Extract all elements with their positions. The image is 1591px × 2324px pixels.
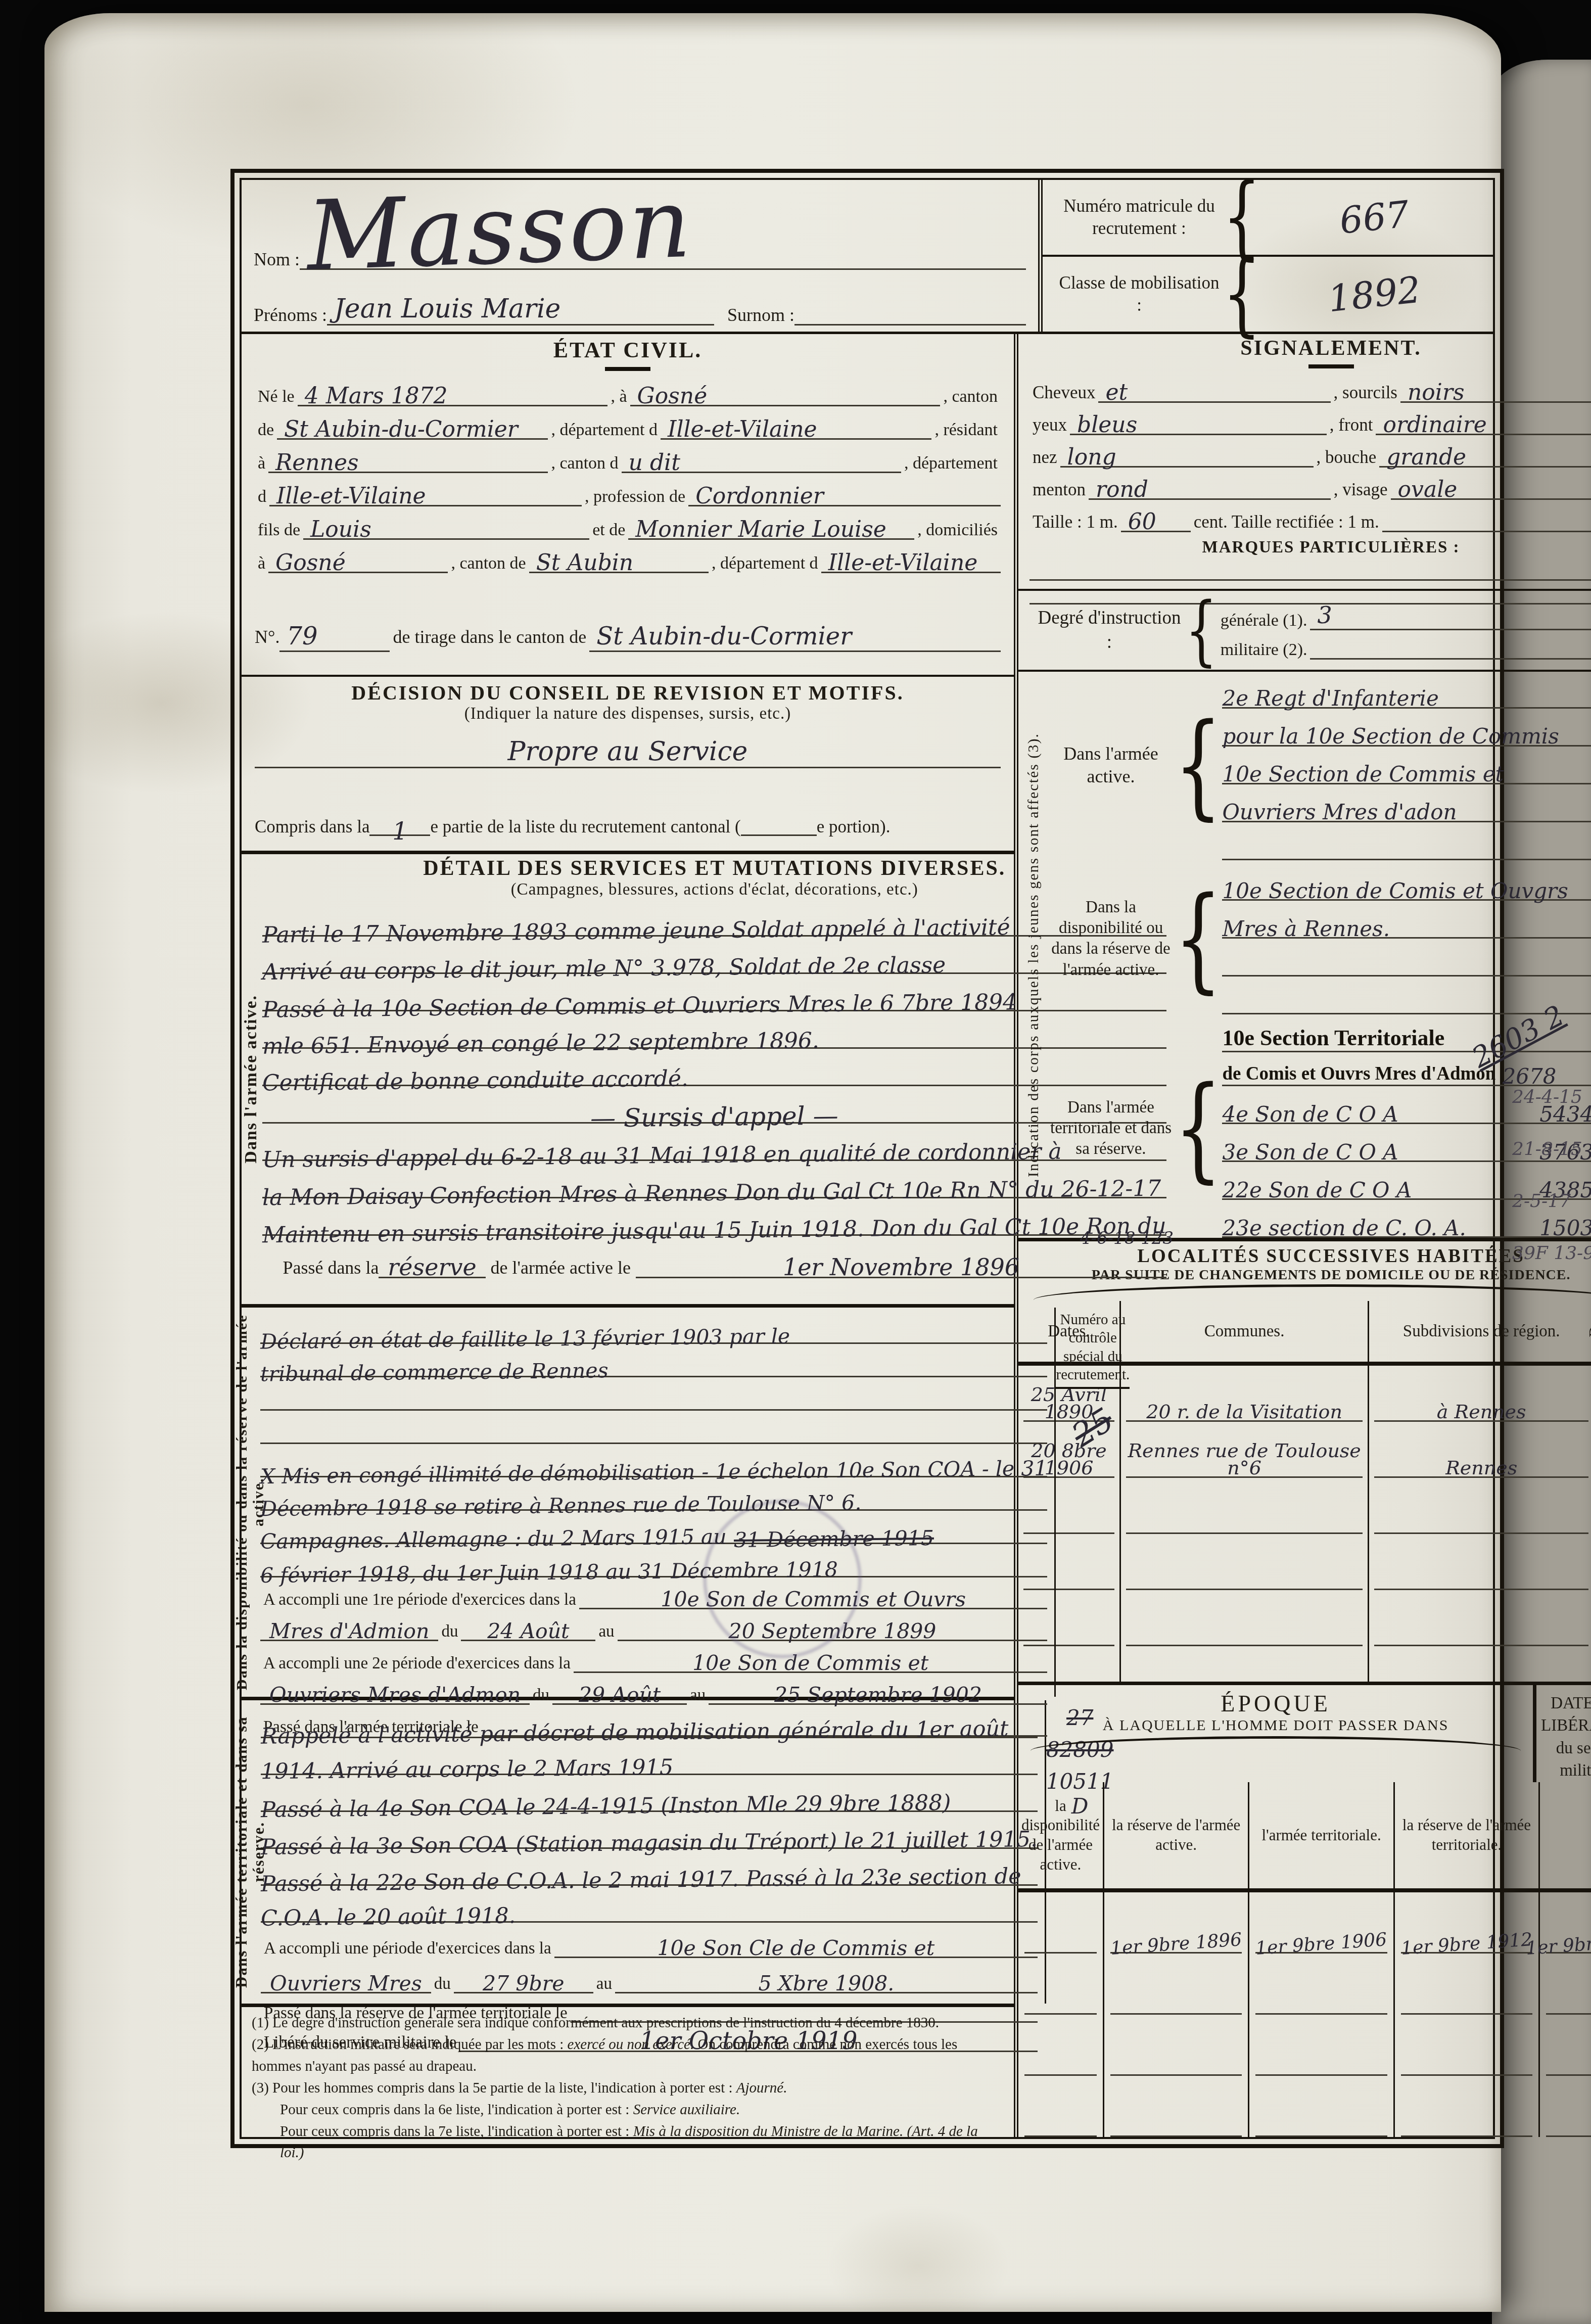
- menton-value: rond: [1096, 481, 1148, 498]
- compris-label-3: e portion).: [817, 817, 891, 837]
- affectations-main: Dans l'armée active. { 2e Regt d'Infante…: [1048, 672, 1591, 1238]
- sourcils-label: , sourcils: [1331, 383, 1400, 403]
- matricule-block: Numéro matricule du recrutement : { 667 …: [1043, 180, 1493, 332]
- brace-glyph: {: [1185, 586, 1218, 675]
- aff-row: de Comis et Ouvrs Mres d'Admon2678: [1222, 1052, 1591, 1086]
- signalement-section: SIGNALEMENT. Cheveux et , sourcils noirs…: [1018, 334, 1591, 589]
- degre-generale-line: générale (1). 3: [1218, 601, 1591, 630]
- pr-date: 1er Novembre 1896: [636, 1258, 1166, 1278]
- front-label: , front: [1327, 415, 1376, 435]
- aff-row: 10e Section de Comis et Ouvgrs: [1222, 863, 1591, 901]
- periode1-du: du: [438, 1622, 461, 1641]
- service-entry: Un sursis d'appel du 6-2-18 au 31 Mai 19…: [262, 1143, 1062, 1169]
- aff-row: [1222, 939, 1591, 977]
- loc-col-communes: Communes. 20 r. de la Visitation Rennes …: [1119, 1301, 1368, 1681]
- ec-label: , canton: [940, 387, 1001, 406]
- aff-stamp-entry: 10e Section Territoriale: [1222, 1025, 1444, 1051]
- prenoms-label: Prénoms :: [254, 304, 327, 326]
- service-entry: Arrivé au corps le dit jour, mle N° 3.97…: [262, 956, 946, 981]
- loc-col-subdivisions: Subdivisions de région. à Rennes Rennes: [1368, 1301, 1591, 1681]
- brace-glyph: {: [1174, 1062, 1222, 1194]
- service-entry: Passé à la 10e Section de Commis et Ouvr…: [262, 994, 1017, 1019]
- sig-row-4: menton rond , visage ovale: [1030, 468, 1591, 500]
- tirage-section: N°. 79 de tirage dans le canton de St Au…: [242, 599, 1014, 676]
- periode1-au: au: [595, 1622, 617, 1641]
- liberation-date-header: DATE de la LIBÉRATION du service militai…: [1533, 1685, 1591, 1782]
- left-column: ÉTAT CIVIL. Né le 4 Mars 1872 , à Gosné …: [242, 334, 1018, 2137]
- dispo-line: [260, 1411, 1047, 1444]
- loc-subdivision-cell: à Rennes: [1374, 1366, 1588, 1422]
- ec-value: Gosné: [637, 387, 708, 405]
- prenoms-value: Jean Louis Marie: [334, 294, 560, 324]
- terr-periode-label: A accompli une période d'exercices dans …: [261, 1939, 554, 1958]
- ep-cell: [1546, 2015, 1591, 2076]
- service-entry: Certificat de bonne conduite accordé.: [262, 1070, 688, 1092]
- visage-label: , visage: [1331, 480, 1391, 500]
- ep-cell: [1024, 2076, 1097, 2137]
- loc-empty-cell: [1126, 1590, 1363, 1646]
- aff-row: Ouvriers Mres d'adon: [1222, 784, 1591, 822]
- ec-label: , profession de: [582, 487, 688, 506]
- ec-label: , département d: [548, 421, 661, 440]
- matricule-value: 667: [1259, 184, 1489, 250]
- yeux-label: yeux: [1030, 415, 1070, 435]
- terr-start: 27 9bre: [454, 1975, 593, 1993]
- nom-label: Nom :: [254, 249, 300, 270]
- ep-cell: [1401, 2076, 1532, 2137]
- etat-civil-section: ÉTAT CIVIL. Né le 4 Mars 1872 , à Gosné …: [242, 334, 1014, 599]
- footnote-4: Pour ceux compris dans la 6e liste, l'in…: [252, 2099, 1004, 2121]
- margin-date: 24-4-15: [1512, 1087, 1591, 1107]
- aff-entry: 10e Section de Commis et: [1222, 766, 1504, 783]
- aff-entry: pour la 10e Section de Commis: [1222, 728, 1559, 745]
- title-bar: [1308, 364, 1354, 368]
- ec-value: Cordonnier: [695, 487, 824, 505]
- loc-empty-cell: [1126, 1478, 1363, 1534]
- bouche-value: grande: [1386, 448, 1466, 466]
- dispo-entry: Décembre 1918 se retire à Rennes rue de …: [260, 1495, 862, 1517]
- brace-rule: [1031, 1736, 1521, 1751]
- periode2-value2: Ouvriers Mres d'Admon: [260, 1687, 530, 1705]
- decision-value-line: Propre au Service: [255, 723, 1001, 768]
- degre-generale-value: 3: [1317, 601, 1332, 629]
- ep-cell: [1024, 1892, 1097, 1954]
- ec-label: et de: [589, 521, 628, 540]
- periode2-line: A accompli une 2e période d'exercices da…: [260, 1641, 1047, 1673]
- taille-rectifiee-label: cent. Taille rectifiée : 1 m.: [1191, 512, 1382, 532]
- ep-col-reserve-territoriale: la réserve de l'armée territoriale. 1er …: [1393, 1782, 1538, 2137]
- periode2-du: du: [530, 1686, 552, 1705]
- footnote-3: (3) Pour les hommes compris dans la 5e p…: [252, 2077, 1004, 2099]
- territoriale-section: Dans l'armée territoriale et dans sa rés…: [242, 1700, 1014, 2004]
- ec-label: à: [255, 554, 268, 573]
- ec-label: à: [255, 454, 268, 473]
- menton-label: menton: [1030, 480, 1089, 500]
- aff-entry: Ouvriers Mres d'adon: [1222, 804, 1457, 821]
- ec-value: Gosné: [275, 554, 346, 572]
- header: Nom : Masson Prénoms : Jean Louis Marie …: [242, 180, 1493, 334]
- ep-cell: [1255, 1954, 1387, 2015]
- terr-entry: Passé à la 3e Son COA (Station magasin d…: [261, 1831, 1038, 1856]
- loc-commune-cell: 20 r. de la Visitation: [1126, 1366, 1363, 1422]
- service-entry: Parti le 17 Novembre 1893 comme jeune So…: [262, 919, 1010, 944]
- periode2-au: au: [687, 1686, 709, 1705]
- ec-value: u dit: [629, 454, 680, 472]
- margin-date: 21-8-15: [1512, 1139, 1591, 1159]
- aff-entry: Mres à Rennes.: [1222, 920, 1390, 938]
- sig-row-1: Cheveux et , sourcils noirs: [1030, 370, 1591, 403]
- terr-periode-value: 10e Son Cle de Commis et: [554, 1940, 1038, 1958]
- nez-label: nez: [1030, 447, 1060, 468]
- aff-entry: 22e Son de C O A: [1222, 1182, 1412, 1199]
- ep-header: l'armée territoriale.: [1249, 1782, 1393, 1892]
- loc-empty-cell: [1126, 1534, 1363, 1590]
- dispo-entry: X Mis en congé illimité de démobilisatio…: [260, 1461, 1048, 1485]
- aff-row: pour la 10e Section de Commis: [1222, 709, 1591, 747]
- footnote-1: (1) Le degré d'instruction générale sera…: [252, 2012, 1004, 2034]
- dispo-entry: 6 février 1918, du 1er Juin 1918 au 31 D…: [260, 1562, 838, 1584]
- paper-sheet: Nom : Masson Prénoms : Jean Louis Marie …: [44, 13, 1501, 2312]
- terr-periode-value2: Ouvriers Mres: [261, 1975, 431, 1993]
- controle-number-title: Numéro au contrôle spécial du recrutemen…: [1056, 1311, 1130, 1389]
- ec-line-5: fils de Louis et de Monnier Marie Louise…: [255, 506, 1001, 540]
- cheveux-label: Cheveux: [1030, 383, 1098, 403]
- dispo-entry: tribunal de commerce de Rennes: [260, 1363, 609, 1382]
- aff-stamp-entry: de Comis et Ouvrs Mres d'Admon: [1222, 1063, 1495, 1085]
- ec-line-3: à Rennes , canton d u dit , département: [255, 440, 1001, 473]
- terr-periode-line2: Ouvriers Mres du 27 9bre au 5 Xbre 1908.: [261, 1958, 1038, 1993]
- ec-line-2: de St Aubin-du-Cormier , département d I…: [255, 406, 1001, 440]
- periode2-end: 25 Septembre 1902: [709, 1687, 1047, 1705]
- ep-cell: [1110, 2015, 1242, 2076]
- nom-value: Masson: [306, 185, 694, 275]
- aff-row: Mres à Rennes.: [1222, 901, 1591, 939]
- terr-entry: Passé à la 4e Son COA le 24-4-1915 (Inst…: [261, 1795, 951, 1819]
- ep-cell: [1401, 2015, 1532, 2076]
- degre-instruction-section: Degré d'instruction : { générale (1). 3 …: [1018, 589, 1591, 672]
- periode2-start: 29 Août: [552, 1687, 687, 1705]
- ep-cell: [1255, 2076, 1387, 2137]
- compris-section: Compris dans la 1 e partie de la liste d…: [242, 803, 1014, 854]
- terr-du: du: [431, 1975, 454, 1993]
- tirage-number: 79: [287, 622, 317, 650]
- aff-row: 2e Regt d'Infanterie: [1222, 671, 1591, 709]
- footnotes: (1) Le degré d'instruction générale sera…: [242, 2004, 1014, 2137]
- ep-col-reserve-active: la réserve de l'armée active. 1er 9bre 1…: [1103, 1782, 1248, 2137]
- ec-value: St Aubin: [536, 554, 634, 572]
- terr-entry: C.O.A. le 20 août 1918.: [261, 1908, 516, 1928]
- controle-number-value: 25: [1065, 1401, 1120, 1455]
- degre-generale-label: générale (1).: [1218, 611, 1311, 630]
- ec-line-6: à Gosné , canton de St Aubin , départeme…: [255, 540, 1001, 573]
- right-column: SIGNALEMENT. Cheveux et , sourcils noirs…: [1018, 334, 1591, 2137]
- dispo-line: Déclaré en état de faillite le 13 févrie…: [260, 1311, 1047, 1344]
- disponibilite-section: Dans la disponibilité ou dans la réserve…: [242, 1308, 1014, 1700]
- front-value: ordinaire: [1383, 416, 1486, 434]
- terr-au: au: [593, 1975, 615, 1993]
- periode1-line2: Mres d'Admion du 24 Août au 20 Septembre…: [260, 1609, 1047, 1641]
- margin-date: 39F 13-9-18.: [1512, 1243, 1591, 1264]
- ep-cell: [1110, 1954, 1242, 2015]
- affectations-vlabel-strip: Indication des corps auxquels les jeunes…: [1018, 672, 1048, 1238]
- loc-dr-vlabel: D domicile ou R résidence.: [1586, 1296, 1591, 1367]
- aff-entry: 3e Son de C O A: [1222, 1144, 1398, 1161]
- tirage-no-label: N°.: [255, 626, 279, 647]
- ec-value: Monnier Marie Louise: [635, 521, 886, 538]
- ep-cell: [1546, 2076, 1591, 2137]
- ec-label: Né le: [255, 387, 298, 406]
- compris-value: 1: [392, 817, 408, 846]
- nom-field: Masson: [300, 192, 1026, 270]
- degre-militaire-label: militaire (2).: [1218, 640, 1311, 660]
- aff-row: 10e Section de Commis et: [1222, 747, 1591, 784]
- ep-header: la réserve de l'armée active.: [1104, 1782, 1248, 1892]
- ep-header-spacer: [1540, 1782, 1591, 1892]
- prenoms-field: Jean Louis Marie: [327, 294, 714, 326]
- matricule-label: Numéro matricule du recrutement :: [1056, 195, 1223, 240]
- pr-value: réserve: [379, 1258, 485, 1278]
- ec-value: Louis: [310, 521, 371, 538]
- form-outer-frame: Nom : Masson Prénoms : Jean Louis Marie …: [230, 169, 1504, 2148]
- periode2-label: A accompli une 2e période d'exercices da…: [260, 1654, 574, 1673]
- classe-label: Classe de mobilisation :: [1056, 272, 1223, 316]
- ep-cell: [1024, 2015, 1097, 2076]
- bouche-label: , bouche: [1314, 447, 1380, 468]
- periode1-label: A accompli une 1re période d'exercices d…: [260, 1591, 579, 1609]
- terr-entry: Passé à la 22e Son de C.O.A. le 2 mai 19…: [261, 1869, 1021, 1893]
- ep-cell: 1er 9bre 1896: [1110, 1892, 1242, 1954]
- periode1-start: 24 Août: [461, 1623, 595, 1641]
- ep-col-territoriale: l'armée territoriale. 1er 9bre 1906: [1248, 1782, 1393, 2137]
- ep-cell: 1er 9bre 1906: [1255, 1892, 1387, 1954]
- ep-value: 1er 9bre 1896: [1110, 1933, 1242, 1957]
- identity-block: Nom : Masson Prénoms : Jean Louis Marie …: [242, 180, 1043, 332]
- compris-label: Compris dans la: [255, 817, 369, 837]
- aff-entry: 23e section de C. O. A.: [1222, 1220, 1466, 1237]
- visage-value: ovale: [1398, 481, 1458, 498]
- loc-subdivision-cell: Rennes: [1374, 1422, 1588, 1478]
- pr-label-2: de l'armée active le: [486, 1257, 636, 1278]
- footnote-5: Pour ceux compris dans la 7e liste, l'in…: [252, 2121, 1004, 2164]
- aff-number: 2678: [1495, 1068, 1556, 1085]
- ec-label: d: [255, 487, 269, 506]
- outer-margin-annotations: 24-4-15 21-8-15 2-5-17 39F 13-9-18.: [1512, 1087, 1591, 1295]
- ep-cell: [1024, 1954, 1097, 2015]
- aff-dispo-label: Dans la disponibilité ou dans la réserve…: [1048, 897, 1174, 981]
- matricule-cell: Numéro matricule du recrutement : { 667: [1043, 180, 1493, 255]
- taille-row: Taille : 1 m. 60 cent. Taille rectifiée …: [1030, 500, 1591, 532]
- marques-blank-line: [1030, 557, 1591, 581]
- degre-militaire-line: militaire (2).: [1218, 630, 1591, 660]
- periode2-value: 10e Son de Commis et: [574, 1655, 1048, 1673]
- ec-label: , canton d: [548, 454, 621, 473]
- ep-cell: [1110, 2076, 1242, 2137]
- loc-empty-cell: [1374, 1478, 1588, 1534]
- cheveux-value: et: [1105, 384, 1128, 401]
- footnote-2: (2) L'instruction militaire sera indiqué…: [252, 2034, 1004, 2077]
- brace-glyph: {: [1174, 700, 1222, 831]
- sourcils-value: noirs: [1408, 384, 1465, 401]
- ec-label: , domiciliés: [914, 521, 1001, 540]
- ec-line-4: d Ille-et-Vilaine , profession de Cordon…: [255, 473, 1001, 506]
- tirage-label: de tirage dans le canton de: [390, 626, 589, 647]
- ep-cell: [1401, 1954, 1532, 2015]
- ec-value: Rennes: [275, 454, 358, 472]
- services-section: Dans l'armée active. DÉTAIL DES SERVICES…: [242, 854, 1014, 1308]
- decision-section: DÉCISION DU CONSEIL DE REVISION ET MOTIF…: [242, 677, 1014, 803]
- loc-communes-header: Communes.: [1121, 1301, 1368, 1366]
- affectations-section: Indication des corps auxquels les jeunes…: [1018, 672, 1591, 1238]
- ec-label: fils de: [255, 521, 303, 540]
- ec-value: 4 Mars 1872: [305, 387, 448, 405]
- sig-row-2: yeux bleus , front ordinaire: [1030, 403, 1591, 435]
- margin-date: 2-5-17: [1512, 1191, 1591, 1212]
- dispo-vlabel-strip: Dans la disponibilité ou dans la réserve…: [242, 1308, 258, 1697]
- surnom-field: [794, 324, 1026, 326]
- ep-cell: 1er 9bre 1912: [1401, 1892, 1532, 1954]
- classe-cell: Classe de mobilisation : { 1892: [1043, 255, 1493, 332]
- ec-label: , résidant: [931, 421, 1001, 440]
- armee-active-vlabel: Dans l'armée active.: [242, 995, 260, 1164]
- dispo-entry: Campagnes. Allemagne : du 2 Mars 1915 au: [260, 1529, 727, 1550]
- terr-main: Rappelé à l'activité par décret de mobil…: [259, 1700, 1045, 2004]
- epoque-subtitle: À LAQUELLE L'HOMME DOIT PASSER DANS: [1018, 1717, 1533, 1734]
- title-bar: [605, 367, 650, 371]
- sig-row-3: nez long , bouche grande: [1030, 435, 1591, 468]
- ep-value: 1er 9bre 1912: [1400, 1933, 1533, 1957]
- service-entry: mle 651. Envoyé en congé le 22 septembre…: [262, 1032, 819, 1055]
- loc-empty-cell: [1374, 1534, 1588, 1590]
- compris-label-2: e partie de la liste du recrutement cant…: [430, 817, 740, 837]
- periode2-line2: Ouvriers Mres d'Admon du 29 Août au 25 S…: [260, 1673, 1047, 1705]
- signalement-title: SIGNALEMENT.: [1030, 336, 1591, 360]
- pr-label: Passé dans la: [283, 1257, 379, 1278]
- nom-line: Nom : Masson: [254, 184, 1026, 270]
- terr-entry: 1914. Arrivé au corps le 2 Mars 1915: [261, 1759, 673, 1781]
- marques-title: MARQUES PARTICULIÈRES :: [1030, 538, 1591, 557]
- taille-label: Taille : 1 m.: [1030, 512, 1121, 532]
- terr-entry: Rappelé à l'activité par décret de mobil…: [261, 1721, 1009, 1746]
- decision-subtitle: (Indiquer la nature des dispenses, sursi…: [255, 705, 1001, 723]
- ec-label: de: [255, 421, 277, 440]
- ep-col-liberation: 1er 9bre 1918: [1538, 1782, 1591, 2137]
- decision-title: DÉCISION DU CONSEIL DE REVISION ET MOTIF…: [255, 681, 1001, 705]
- aff-entry: 4e Son de C O A: [1222, 1106, 1398, 1123]
- yeux-value: bleus: [1077, 416, 1137, 434]
- nez-value: long: [1067, 448, 1116, 466]
- dispo-entry-struck: 31 Décembre 1915: [727, 1530, 934, 1549]
- loc-subdivisions-header: Subdivisions de région.: [1369, 1301, 1591, 1366]
- epoque-section: ÉPOQUE À LAQUELLE L'HOMME DOIT PASSER DA…: [1018, 1682, 1591, 2137]
- decision-value: Propre au Service: [508, 736, 748, 767]
- brace-glyph: {: [1174, 873, 1222, 1005]
- ec-label: , à: [607, 387, 630, 406]
- etat-civil-title: ÉTAT CIVIL.: [255, 337, 1001, 363]
- classe-value: 1892: [1259, 261, 1489, 327]
- aff-armee-active: Dans l'armée active. { 2e Regt d'Infante…: [1048, 672, 1591, 859]
- ec-label: , canton de: [448, 554, 529, 573]
- armee-active-vlabel-strip: Dans l'armée active.: [242, 854, 260, 1304]
- ep-cell: [1546, 1954, 1591, 2015]
- loc-commune-cell: Rennes rue de Toulouse n°6: [1126, 1422, 1363, 1478]
- ec-value: Ille-et-Vilaine: [668, 421, 817, 438]
- controle-number-column: Numéro au contrôle spécial du recrutemen…: [1054, 1308, 1130, 1697]
- aff-entry: 10e Section de Comis et Ouvgrs: [1222, 882, 1568, 900]
- aff-disponibilite: Dans la disponibilité ou dans la réserve…: [1048, 859, 1591, 1018]
- periode1-value2: Mres d'Admion: [260, 1623, 438, 1641]
- ec-value: Ille-et-Vilaine: [828, 554, 978, 572]
- ep-header: la réserve de l'armée territoriale.: [1395, 1782, 1538, 1892]
- ec-line-1: Né le 4 Mars 1872 , à Gosné , canton: [255, 373, 1001, 406]
- aff-entry: 2e Regt d'Infanterie: [1222, 690, 1438, 707]
- scanned-register-page: Nom : Masson Prénoms : Jean Louis Marie …: [0, 0, 1591, 2324]
- dispo-entry: Déclaré en état de faillite le 13 févrie…: [260, 1329, 790, 1351]
- terr-vlabel-strip: Dans l'armée territoriale et dans sa rés…: [242, 1700, 259, 2004]
- sursis-heading: — Sursis d'appel —: [590, 1106, 838, 1128]
- ec-label: , département d: [709, 554, 821, 573]
- aff-terr-label: Dans l'armée territoriale et dans sa rés…: [1048, 1097, 1174, 1160]
- form-inner-frame: Nom : Masson Prénoms : Jean Louis Marie …: [240, 178, 1495, 2139]
- aff-row: [1222, 822, 1591, 860]
- dispo-line: X Mis en congé illimité de démobilisatio…: [260, 1444, 1047, 1477]
- dispo-main: Déclaré en état de faillite le 13 févrie…: [258, 1308, 1054, 1697]
- degre-label: Degré d'instruction :: [1034, 606, 1185, 655]
- affectations-vlabel: Indication des corps auxquels les jeunes…: [1025, 733, 1042, 1177]
- taille-value: 60: [1128, 513, 1156, 531]
- terr-end: 5 Xbre 1908.: [615, 1975, 1038, 1993]
- ec-value: Ille-et-Vilaine: [276, 487, 426, 505]
- ep-cell: [1255, 2015, 1387, 2076]
- brace-glyph: {: [1223, 242, 1261, 347]
- ec-label: , département: [901, 454, 1001, 473]
- aff-armee-active-label: Dans l'armée active.: [1048, 742, 1174, 788]
- loc-empty-cell: [1374, 1590, 1588, 1646]
- ep-value: 1er 9bre 1906: [1255, 1933, 1388, 1957]
- ep-cell: 1er 9bre 1918: [1546, 1892, 1591, 1954]
- surnom-label: Surnom :: [727, 304, 794, 326]
- ec-value: St Aubin-du-Cormier: [284, 421, 518, 438]
- tirage-canton: St Aubin-du-Cormier: [596, 622, 852, 650]
- epoque-table: la disponibilité de l'armée active. la r…: [1018, 1782, 1591, 2137]
